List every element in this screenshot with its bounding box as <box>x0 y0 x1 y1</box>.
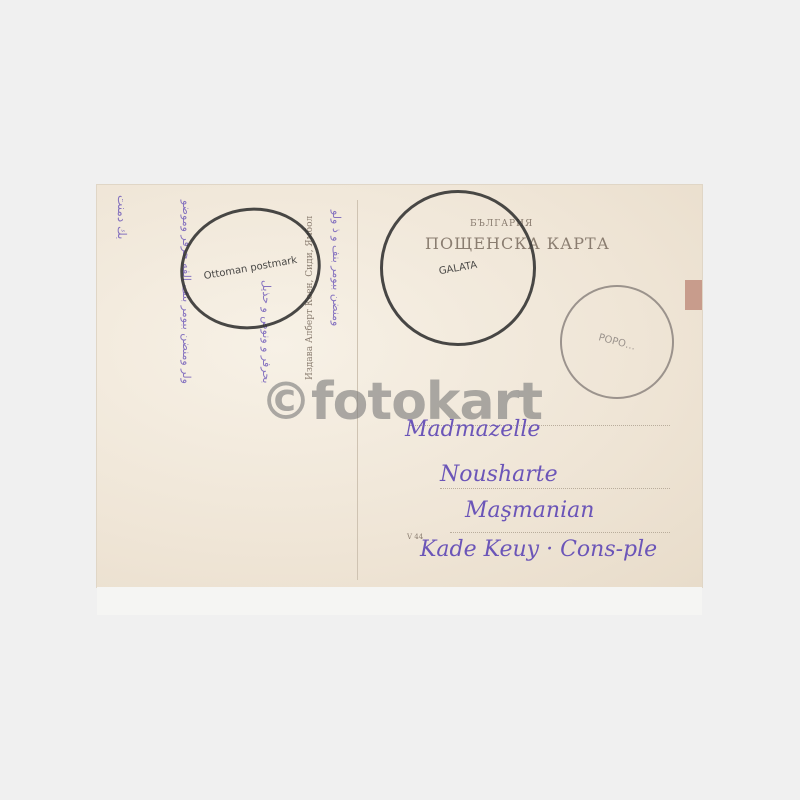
address-line-4: Kade Keuy · Cons-ple <box>420 537 657 562</box>
watermark: ©fotokart <box>260 372 542 432</box>
photo-bottom-strip <box>97 587 702 615</box>
address-line-3: Maşmanian <box>465 498 594 523</box>
handwritten-arabic-1: بك دمنت <box>115 195 129 335</box>
address-line <box>440 488 670 489</box>
address-line <box>450 532 670 533</box>
postage-stamp-edge <box>685 280 702 310</box>
address-line-2: Nousharte <box>440 462 558 487</box>
